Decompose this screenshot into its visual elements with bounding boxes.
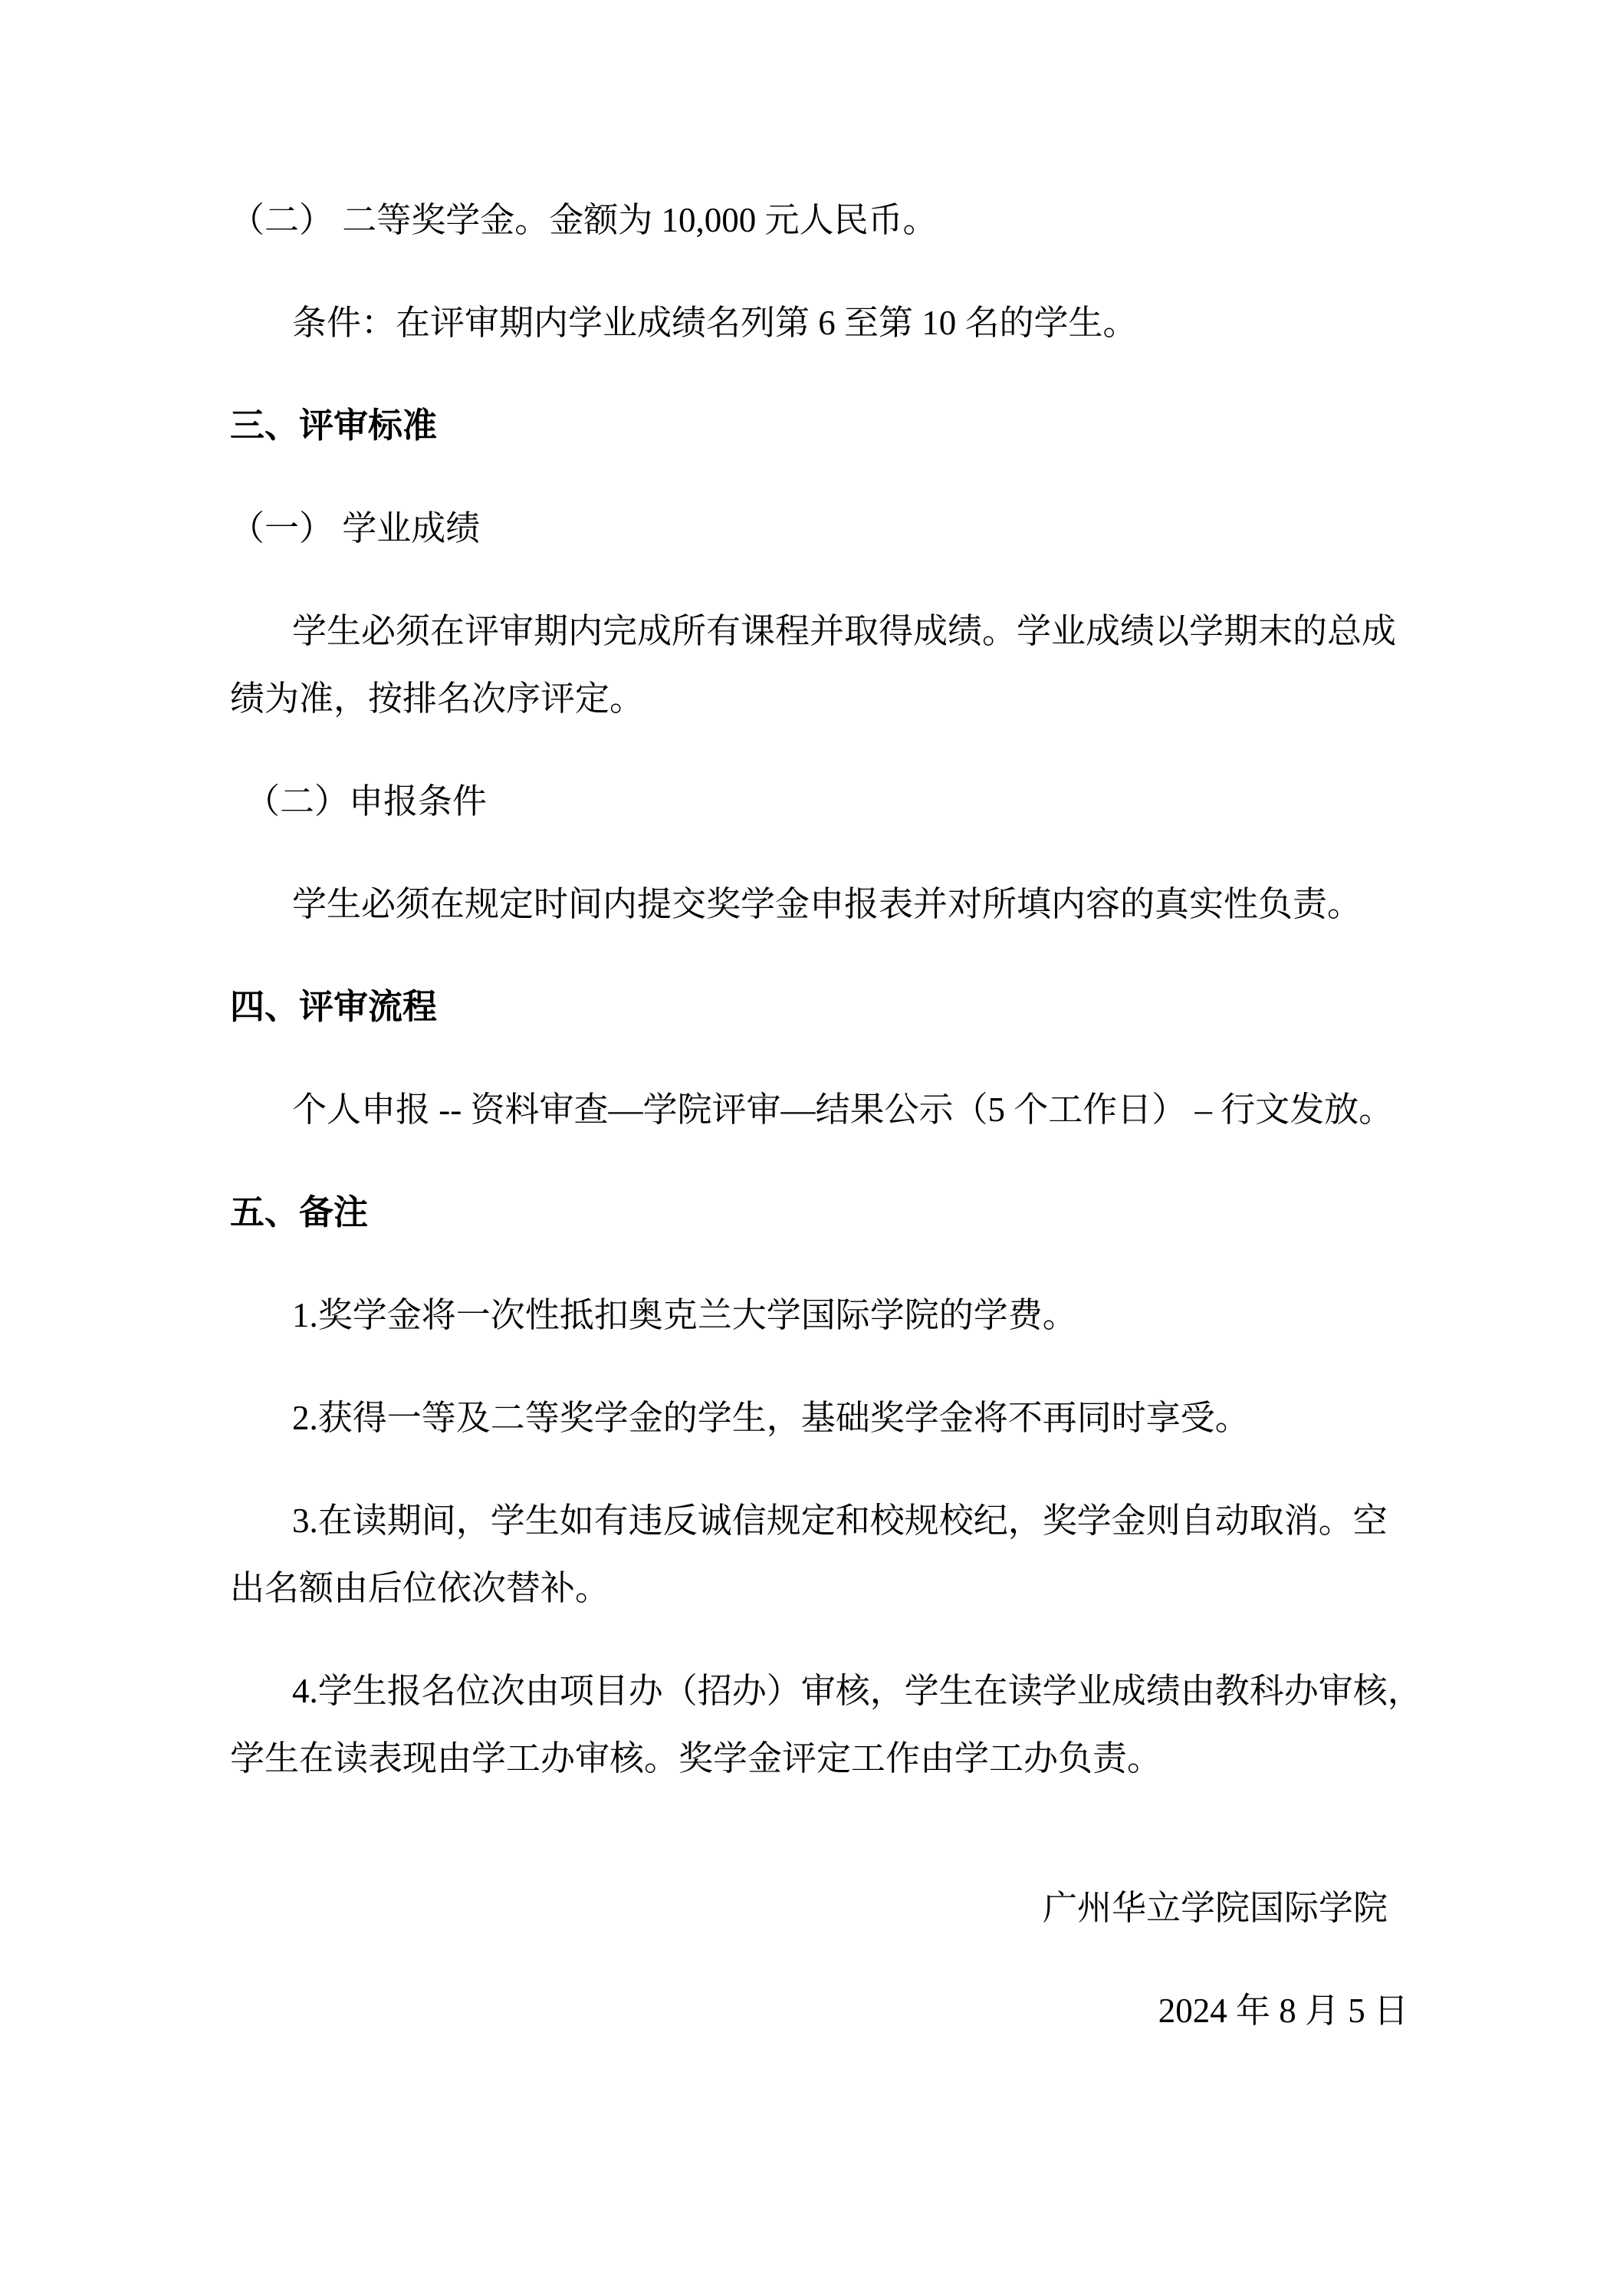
paragraph-line: 学生在读表现由学工办审核。奖学金评定工作由学工办负责。 — [230, 1725, 1408, 1792]
paragraph-line: 条件：在评审期内学业成绩名列第 6 至第 10 名的学生。 — [230, 289, 1408, 357]
heading-text: 五、备注 — [230, 1179, 1408, 1246]
paragraph-line: 学生必须在评审期内完成所有课程并取得成绩。学业成绩以学期末的总成 — [230, 597, 1408, 665]
paragraph-line: 1.奖学金将一次性抵扣奥克兰大学国际学院的学费。 — [230, 1281, 1408, 1349]
heading-text: 四、评审流程 — [230, 973, 1408, 1041]
paragraph-line: （二） 二等奖学金。金额为 10,000 元人民币。 — [230, 186, 1408, 254]
remark-3: 3.在读期间，学生如有违反诚信规定和校规校纪，奖学金则自动取消。空 出名额由后位… — [230, 1487, 1408, 1622]
remark-2: 2.获得一等及二等奖学金的学生，基础奖学金将不再同时享受。 — [230, 1384, 1408, 1452]
paragraph-line: （二）申报条件 — [230, 768, 1408, 835]
heading-text: 三、评审标准 — [230, 392, 1408, 459]
document-body: （二） 二等奖学金。金额为 10,000 元人民币。 条件：在评审期内学业成绩名… — [0, 0, 1623, 2044]
paragraph-line: 4.学生报名位次由项目办（招办）审核，学生在读学业成绩由教科办审核， — [230, 1657, 1408, 1725]
signature: 广州华立学院国际学院 — [230, 1874, 1408, 1942]
paragraph-line: 个人申报 -- 资料审查—学院评审—结果公示（5 个工作日） – 行文发放。 — [230, 1076, 1408, 1143]
paragraph-line: 出名额由后位依次替补。 — [230, 1554, 1408, 1622]
para-application-conditions: 学生必须在规定时间内提交奖学金申报表并对所填内容的真实性负责。 — [230, 870, 1408, 938]
paragraph-line: 绩为准，按排名次序评定。 — [230, 665, 1408, 732]
paragraph-line: （一） 学业成绩 — [230, 495, 1408, 562]
date-text: 2024 年 8 月 5 日 — [230, 1977, 1408, 2044]
para-academic-performance: 学生必须在评审期内完成所有课程并取得成绩。学业成绩以学期末的总成 绩为准，按排名… — [230, 597, 1408, 732]
paragraph-line: 2.获得一等及二等奖学金的学生，基础奖学金将不再同时享受。 — [230, 1384, 1408, 1452]
item-second-scholarship: （二） 二等奖学金。金额为 10,000 元人民币。 — [230, 186, 1408, 254]
paragraph-line: 3.在读期间，学生如有违反诚信规定和校规校纪，奖学金则自动取消。空 — [230, 1487, 1408, 1554]
heading-review-process: 四、评审流程 — [230, 973, 1408, 1041]
paragraph-line: 学生必须在规定时间内提交奖学金申报表并对所填内容的真实性负责。 — [230, 870, 1408, 938]
item-application-conditions: （二）申报条件 — [230, 768, 1408, 835]
page: { "page": { "background": "#ffffff", "te… — [0, 0, 1623, 2296]
signature-date: 2024 年 8 月 5 日 — [230, 1977, 1408, 2044]
remark-1: 1.奖学金将一次性抵扣奥克兰大学国际学院的学费。 — [230, 1281, 1408, 1349]
second-scholarship-condition: 条件：在评审期内学业成绩名列第 6 至第 10 名的学生。 — [230, 289, 1408, 357]
para-review-process: 个人申报 -- 资料审查—学院评审—结果公示（5 个工作日） – 行文发放。 — [230, 1076, 1408, 1143]
remark-4: 4.学生报名位次由项目办（招办）审核，学生在读学业成绩由教科办审核， 学生在读表… — [230, 1657, 1408, 1792]
heading-review-criteria: 三、评审标准 — [230, 392, 1408, 459]
heading-remarks: 五、备注 — [230, 1179, 1408, 1246]
item-academic-performance: （一） 学业成绩 — [230, 495, 1408, 562]
signature-text: 广州华立学院国际学院 — [230, 1874, 1408, 1942]
